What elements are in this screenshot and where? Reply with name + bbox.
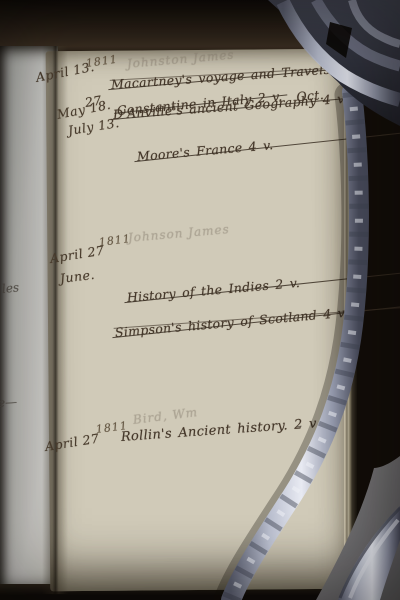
page-fragment: e— bbox=[0, 395, 18, 410]
borrower-name: Bird, Wm bbox=[132, 405, 199, 427]
ledger-photo: 1811 Johnston James April 13. Macartney'… bbox=[0, 0, 400, 600]
entry-text: Moore's France 4 v. bbox=[136, 114, 400, 164]
borrower-name: Johnston James bbox=[126, 48, 235, 71]
handwriting-layer: 1811 Johnston James April 13. Macartney'… bbox=[0, 0, 400, 600]
entry-date: April 27 bbox=[49, 243, 106, 266]
entry-date: June. bbox=[59, 267, 96, 286]
entry-date: April 27 bbox=[44, 431, 101, 454]
page-fragment: les bbox=[1, 280, 19, 296]
entry-text: History of the Indies 2 v. bbox=[126, 255, 400, 305]
borrower-name: Johnson James bbox=[127, 222, 230, 245]
entry-return-note: Oct. bbox=[296, 87, 325, 104]
entry-date: April 13. bbox=[35, 59, 96, 85]
